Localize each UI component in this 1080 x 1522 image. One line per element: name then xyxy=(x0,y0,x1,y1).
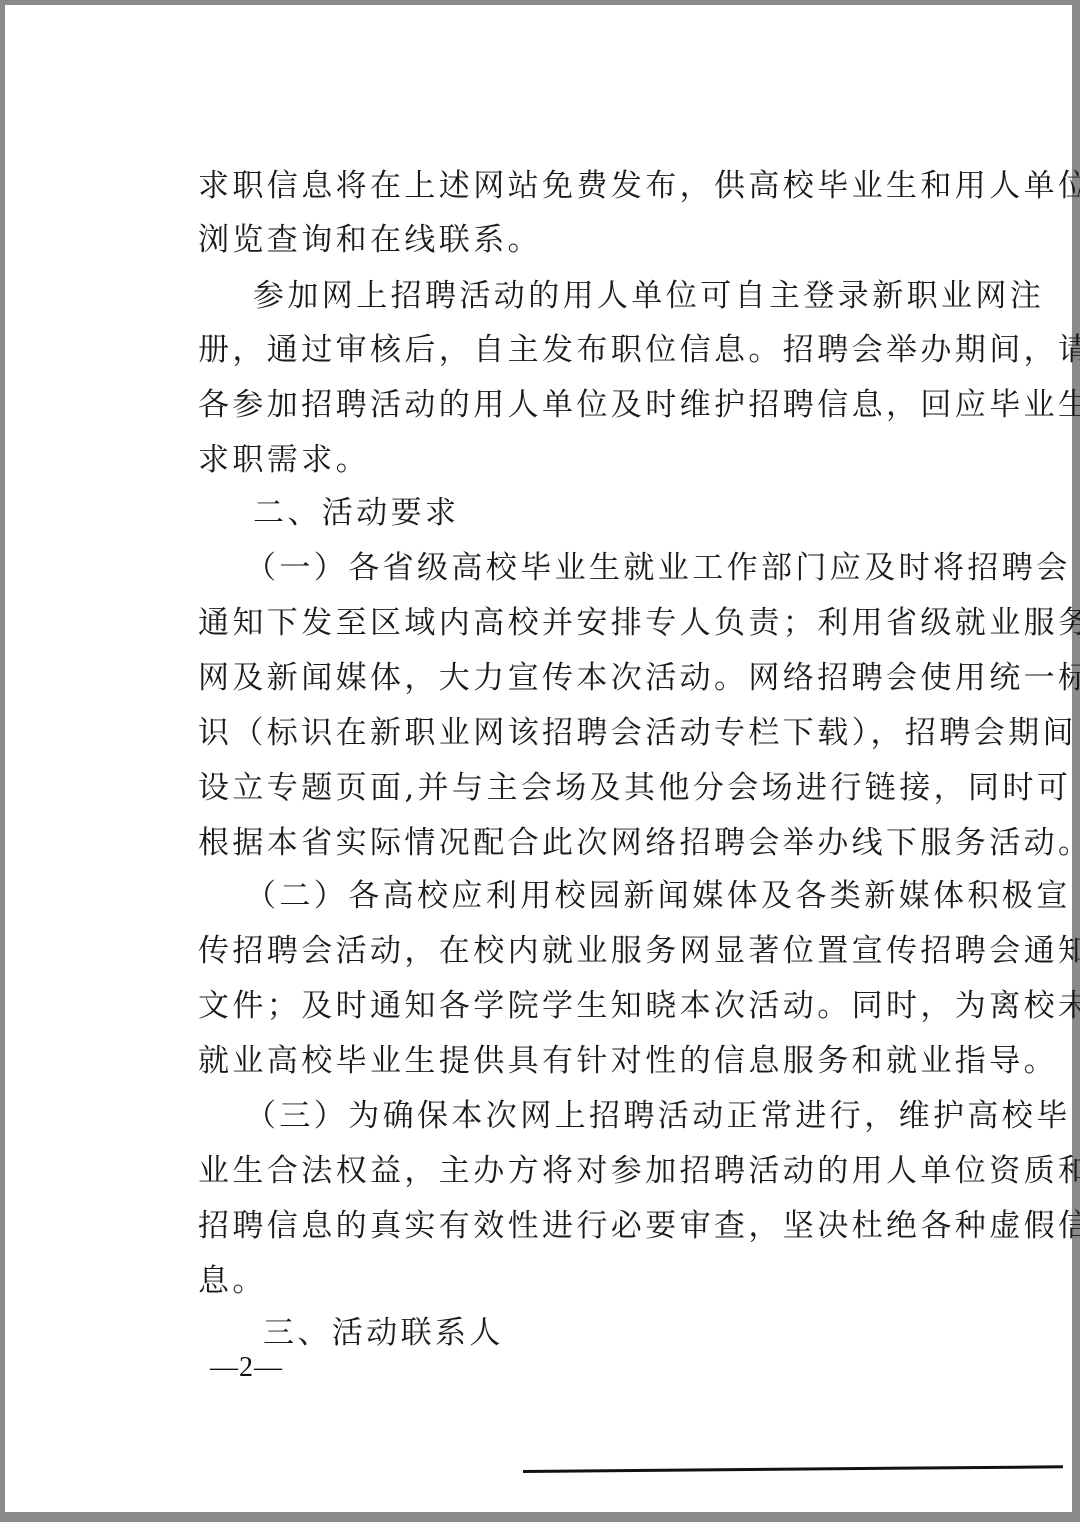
text-line: 参加网上招聘活动的用人单位可自主登录新职业网注 xyxy=(253,278,973,314)
text-line: 网及新闻媒体，大力宣传本次活动。网络招聘会使用统一标 xyxy=(198,660,918,696)
section-heading-requirements: 二、活动要求 xyxy=(253,495,973,531)
text-line: （一）各省级高校毕业生就业工作部门应及时将招聘会 xyxy=(245,550,965,586)
text-line: 根据本省实际情况配合此次网络招聘会举办线下服务活动。 xyxy=(198,825,918,861)
section-heading-contacts: 三、活动联系人 xyxy=(263,1315,983,1351)
text-line: 业生合法权益，主办方将对参加招聘活动的用人单位资质和 xyxy=(198,1153,918,1189)
text-line: （三）为确保本次网上招聘活动正常进行，维护高校毕 xyxy=(245,1098,965,1134)
text-line: 招聘信息的真实有效性进行必要审查，坚决杜绝各种虚假信 xyxy=(198,1208,918,1244)
text-line: 浏览查询和在线联系。 xyxy=(198,222,918,258)
footer-rule xyxy=(523,1465,1063,1473)
text-line: 通知下发至区域内高校并安排专人负责；利用省级就业服务 xyxy=(198,605,918,641)
page-number: —2— xyxy=(210,1352,283,1384)
text-line: 求职需求。 xyxy=(198,442,918,478)
text-line: 各参加招聘活动的用人单位及时维护招聘信息，回应毕业生 xyxy=(198,387,918,423)
text-line: 识（标识在新职业网该招聘会活动专栏下载），招聘会期间 xyxy=(198,715,918,751)
text-line: 息。 xyxy=(198,1263,918,1299)
text-line: 设立专题页面,并与主会场及其他分会场进行链接，同时可 xyxy=(198,770,918,806)
text-line: （二）各高校应利用校园新闻媒体及各类新媒体积极宣 xyxy=(245,878,965,914)
text-line: 传招聘会活动，在校内就业服务网显著位置宣传招聘会通知 xyxy=(198,933,918,969)
text-line: 求职信息将在上述网站免费发布，供高校毕业生和用人单位 xyxy=(198,168,918,204)
text-line: 文件；及时通知各学院学生知晓本次活动。同时，为离校未 xyxy=(198,988,918,1024)
text-line: 册，通过审核后，自主发布职位信息。招聘会举办期间，请 xyxy=(198,332,918,368)
document-page: 求职信息将在上述网站免费发布，供高校毕业生和用人单位 浏览查询和在线联系。 参加… xyxy=(5,5,1072,1512)
text-line: 就业高校毕业生提供具有针对性的信息服务和就业指导。 xyxy=(198,1043,918,1079)
